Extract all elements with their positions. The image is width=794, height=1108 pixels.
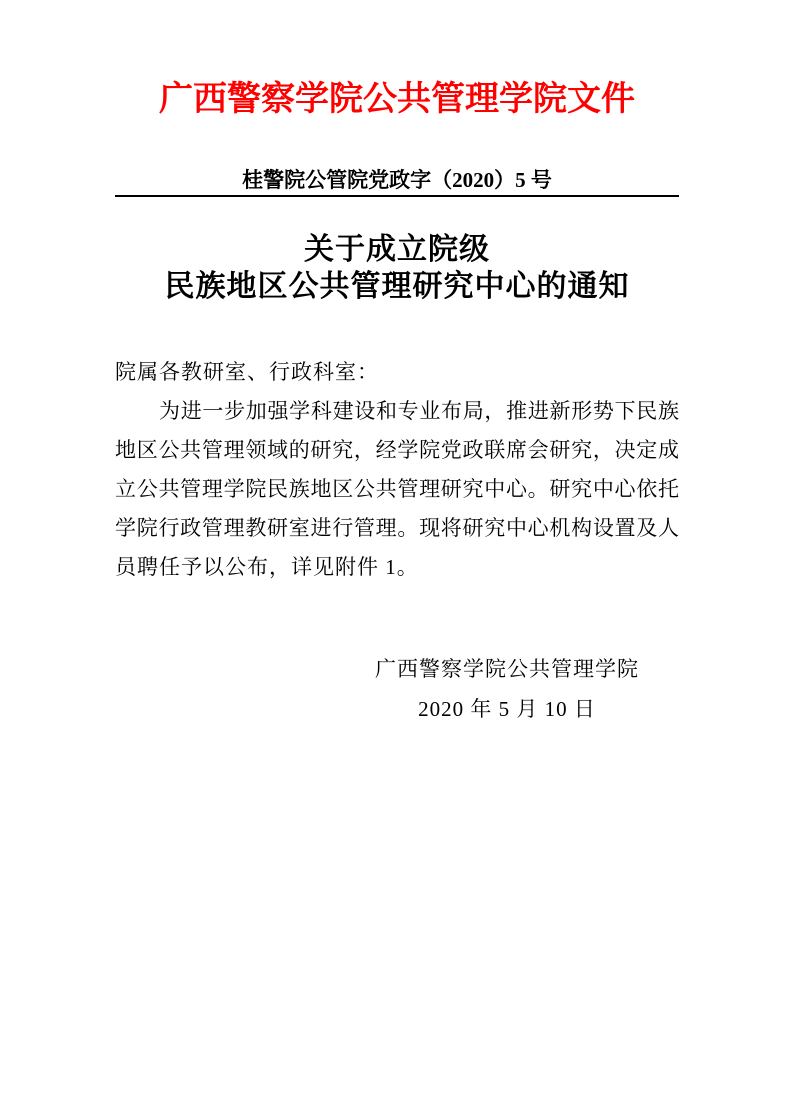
header-rule-divider — [115, 195, 679, 197]
document-content: 广西警察学院公共管理学院文件 桂警院公管院党政字（2020）5 号 关于成立院级… — [115, 80, 679, 729]
document-number: 桂警院公管院党政字（2020）5 号 — [115, 167, 679, 193]
document-title: 关于成立院级 民族地区公共管理研究中心的通知 — [115, 231, 679, 305]
document-title-line-2: 民族地区公共管理研究中心的通知 — [115, 268, 679, 305]
paragraph-line: 为进一步加强学科建设和专业布局，推进新形势下民族 — [115, 392, 679, 431]
salutation-line: 院属各教研室、行政科室： — [115, 353, 679, 392]
signature-date: 2020 年 5 月 10 日 — [375, 689, 639, 729]
signature-block: 广西警察学院公共管理学院 2020 年 5 月 10 日 — [375, 649, 639, 729]
document-page: 广西警察学院公共管理学院文件 桂警院公管院党政字（2020）5 号 关于成立院级… — [0, 0, 794, 1108]
paragraph-line: 学院行政管理教研室进行管理。现将研究中心机构设置及人 — [115, 509, 679, 548]
paragraph-line: 地区公共管理领域的研究，经学院党政联席会研究，决定成 — [115, 431, 679, 470]
document-title-line-1: 关于成立院级 — [115, 231, 679, 268]
document-header-title: 广西警察学院公共管理学院文件 — [115, 80, 679, 120]
signer-name: 广西警察学院公共管理学院 — [375, 649, 639, 689]
document-body: 院属各教研室、行政科室： 为进一步加强学科建设和专业布局，推进新形势下民族 地区… — [115, 353, 679, 587]
paragraph-line: 员聘任予以公布，详见附件 1。 — [115, 548, 679, 587]
paragraph-line: 立公共管理学院民族地区公共管理研究中心。研究中心依托 — [115, 470, 679, 509]
